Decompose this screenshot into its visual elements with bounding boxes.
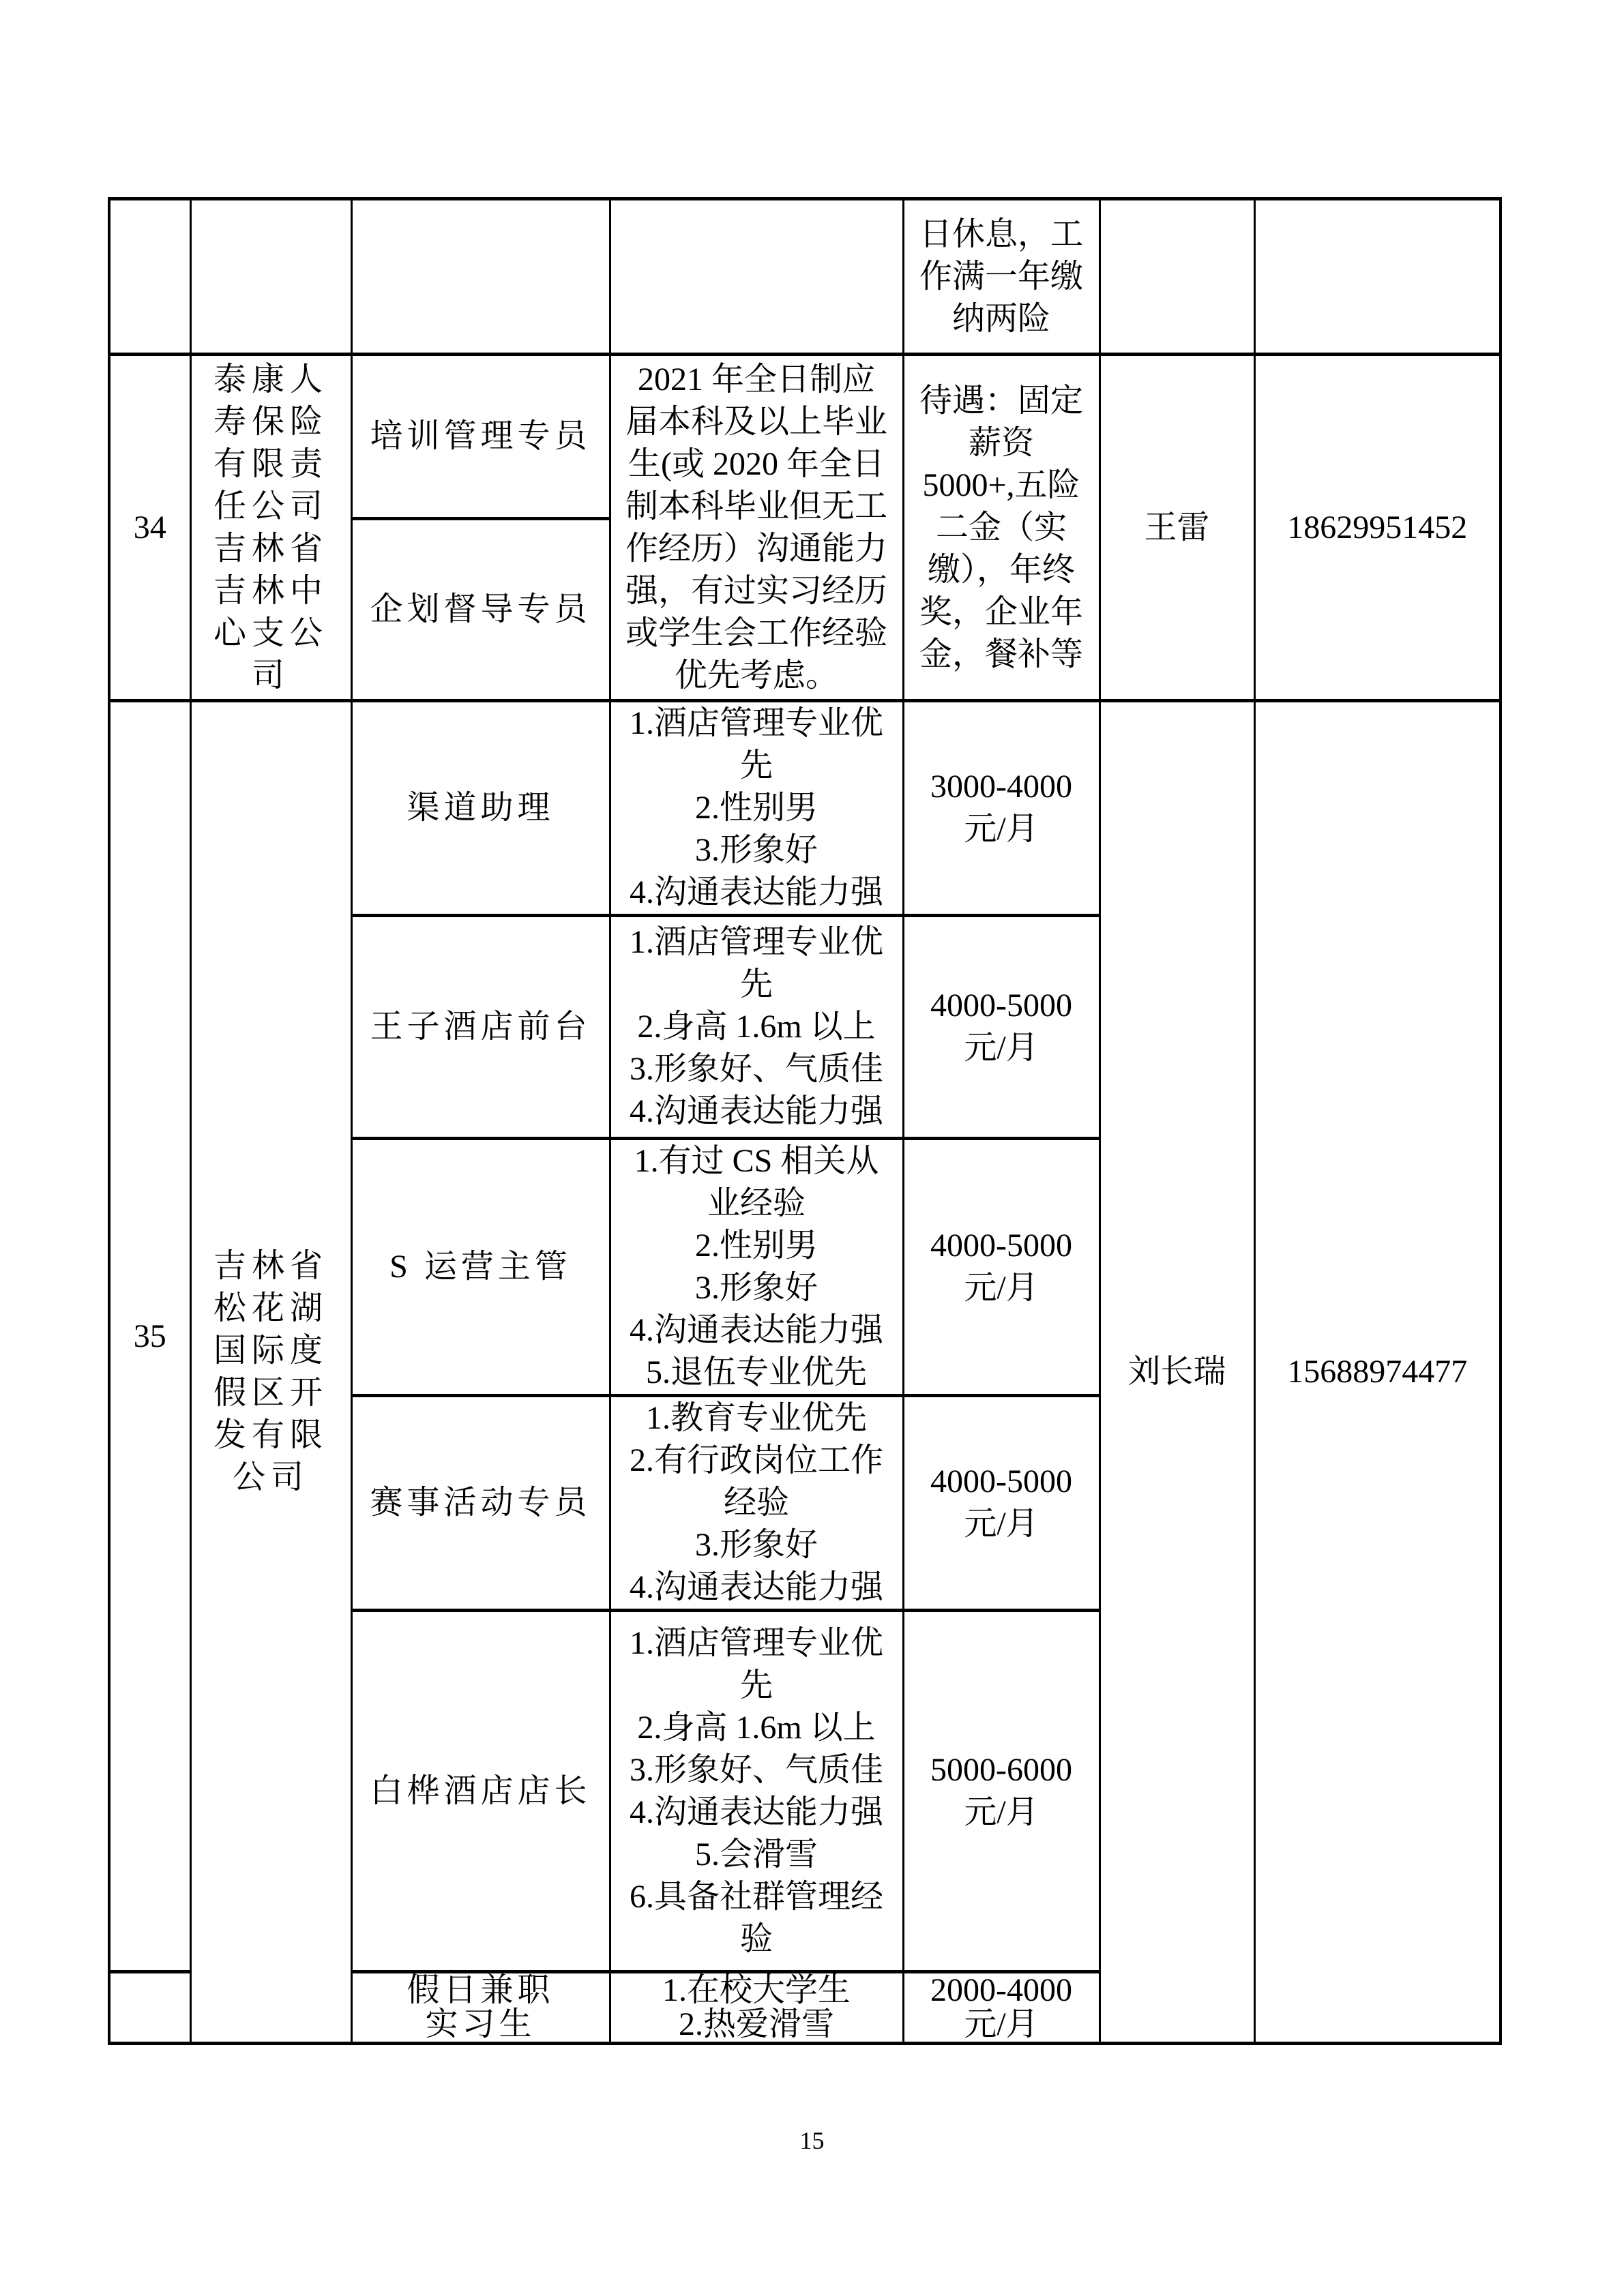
empty-company-cell — [190, 199, 351, 355]
salary-jiarijianzhi: 2000-4000 元/月 — [903, 1972, 1099, 2044]
contact-34: 王雷 — [1099, 355, 1254, 701]
phone-34: 18629951452 — [1254, 355, 1501, 701]
position-wangzijiudian: 王子酒店前台 — [351, 916, 610, 1139]
requirements-s-yunying: 1.有过 CS 相关从 业经验 2.性别男 3.形象好 4.沟通表达能力强 5.… — [610, 1139, 903, 1396]
position-jiarijianzhi: 假日兼职 实习生 — [351, 1972, 610, 2044]
position-qudaozhuli: 渠道助理 — [351, 701, 610, 916]
position-baihuajiudian: 白桦酒店店长 — [351, 1611, 610, 1972]
salary-wangzijiudian: 4000-5000 元/月 — [903, 916, 1099, 1139]
empty-position-cell — [351, 199, 610, 355]
treatment-34: 待遇：固定 薪资 5000+,五险 二金（实 缴），年终 奖，企业年 金，餐补等 — [903, 355, 1099, 701]
recruitment-table: 日休息，工 作满一年缴 纳两险 34 泰康人 寿保险 有限责 任公司 吉林省 吉… — [108, 197, 1502, 2045]
salary-baihuajiudian: 5000-6000 元/月 — [903, 1611, 1099, 1972]
requirements-saishihuodong: 1.教育专业优先 2.有行政岗位工作 经验 3.形象好 4.沟通表达能力强 — [610, 1396, 903, 1611]
requirements-qudaozhuli: 1.酒店管理专业优 先 2.性别男 3.形象好 4.沟通表达能力强 — [610, 701, 903, 916]
empty-contact-cell — [1099, 199, 1254, 355]
requirements-jiarijianzhi: 1.在校大学生 2.热爱滑雪 — [610, 1972, 903, 2044]
empty-number-cell — [109, 199, 190, 355]
carryover-row: 日休息，工 作满一年缴 纳两险 — [109, 199, 1501, 355]
phone-35: 15688974477 — [1254, 701, 1501, 2044]
requirements-baihuajiudian: 1.酒店管理专业优 先 2.身高 1.6m 以上 3.形象好、气质佳 4.沟通表… — [610, 1611, 903, 1972]
row-35-job1: 35 吉林省 松花湖 国际度 假区开 发有限 公司 渠道助理 1.酒店管理专业优… — [109, 701, 1501, 916]
empty-requirements-cell — [610, 199, 903, 355]
empty-number-cell-bottom — [109, 1972, 190, 2044]
row-34a: 34 泰康人 寿保险 有限责 任公司 吉林省 吉林中 心支公 司 培训管理专员 … — [109, 355, 1501, 519]
company-name-35: 吉林省 松花湖 国际度 假区开 发有限 公司 — [190, 701, 351, 2044]
row-number-35: 35 — [109, 701, 190, 1972]
row-number-34: 34 — [109, 355, 190, 701]
position-peixunguanli: 培训管理专员 — [351, 355, 610, 519]
carryover-treatment-cell: 日休息，工 作满一年缴 纳两险 — [903, 199, 1099, 355]
company-name-34: 泰康人 寿保险 有限责 任公司 吉林省 吉林中 心支公 司 — [190, 355, 351, 701]
requirements-34: 2021 年全日制应 届本科及以上毕业 生(或 2020 年全日 制本科毕业但无… — [610, 355, 903, 701]
requirements-wangzijiudian: 1.酒店管理专业优 先 2.身高 1.6m 以上 3.形象好、气质佳 4.沟通表… — [610, 916, 903, 1139]
contact-35: 刘长瑞 — [1099, 701, 1254, 2044]
salary-s-yunying: 4000-5000 元/月 — [903, 1139, 1099, 1396]
salary-qudaozhuli: 3000-4000 元/月 — [903, 701, 1099, 916]
position-qihuadudao: 企划督导专员 — [351, 519, 610, 701]
salary-saishihuodong: 4000-5000 元/月 — [903, 1396, 1099, 1611]
position-saishihuodong: 赛事活动专员 — [351, 1396, 610, 1611]
page-number: 15 — [0, 2126, 1624, 2155]
position-s-yunying: S 运营主管 — [351, 1139, 610, 1396]
empty-phone-cell — [1254, 199, 1501, 355]
